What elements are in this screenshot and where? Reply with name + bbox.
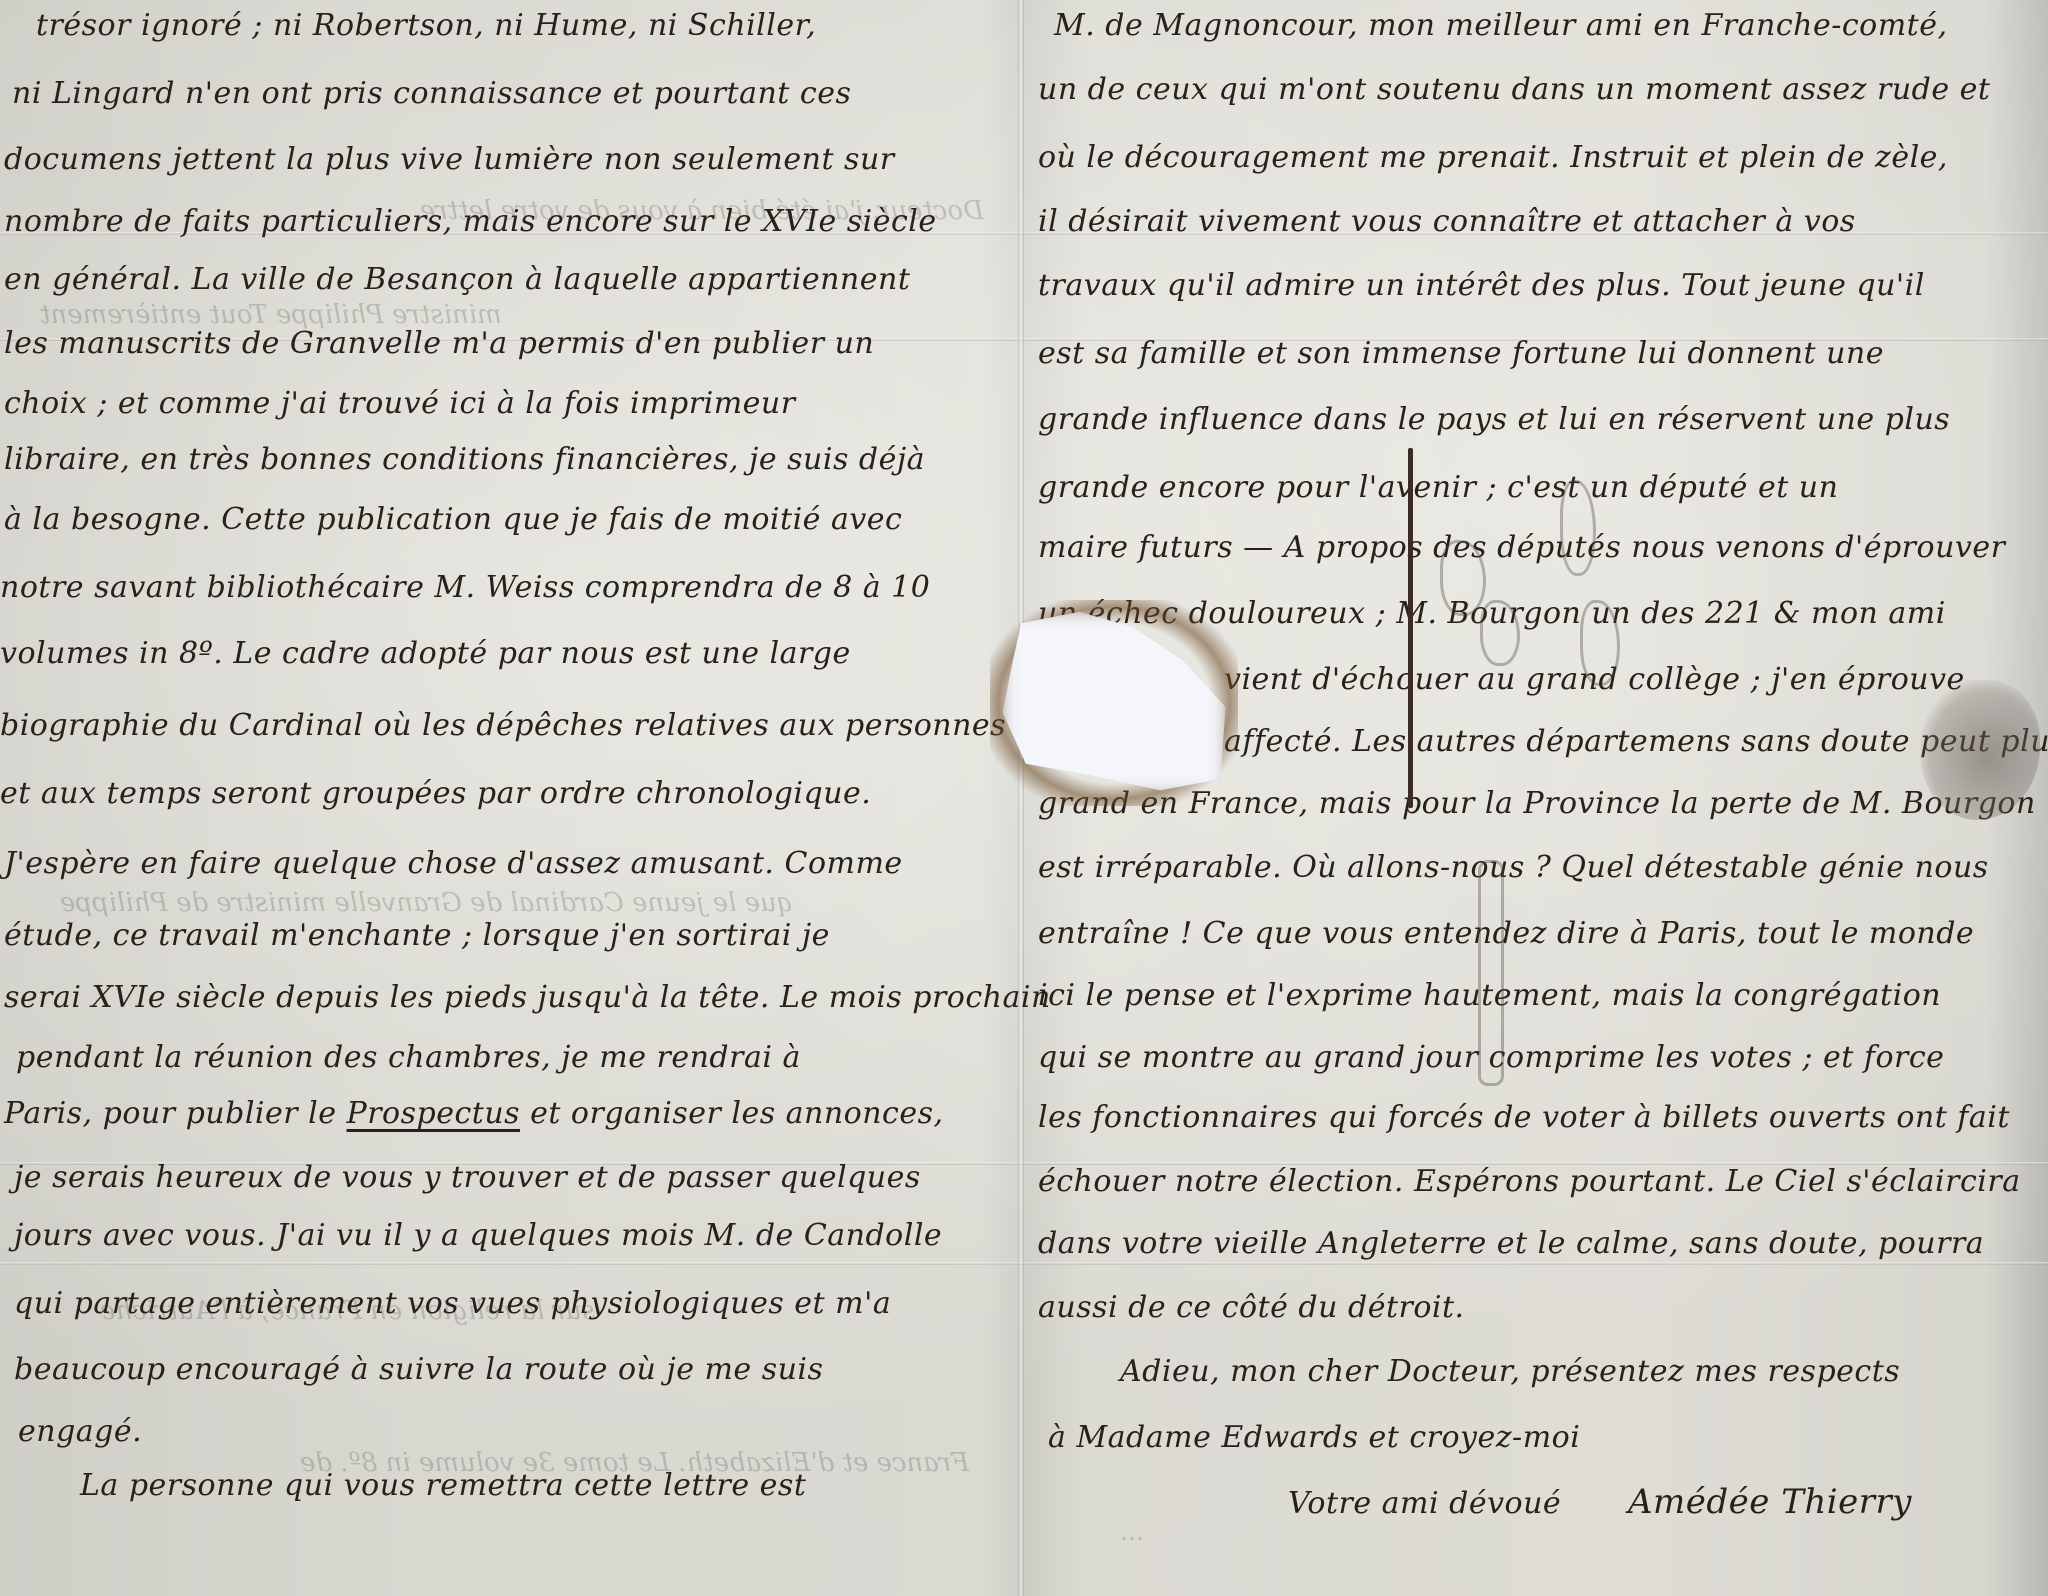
signature: Amédée Thierry — [1628, 1482, 1912, 1522]
text-segment: Paris, pour publier le — [4, 1096, 347, 1131]
letter-line: est sa famille et son immense fortune lu… — [1038, 336, 1884, 371]
letter-line: trésor ignoré ; ni Robertson, ni Hume, n… — [36, 8, 816, 43]
letter-line: entraîne ! Ce que vous entendez dire à P… — [1038, 916, 1974, 951]
letter-line: échouer notre élection. Espérons pourtan… — [1038, 1164, 2021, 1199]
letter-line: grande encore pour l'avenir ; c'est un d… — [1038, 470, 1838, 505]
faint-pencil-mark: … — [1120, 1518, 1144, 1546]
letter-line: les manuscrits de Granvelle m'a permis d… — [4, 326, 874, 361]
letter-line: M. de Magnoncour, mon meilleur ami en Fr… — [1054, 8, 1948, 43]
letter-line: dans votre vieille Angleterre et le calm… — [1038, 1226, 1984, 1261]
letter-line: engagé. — [18, 1414, 142, 1449]
letter-line: qui partage entièrement vos vues physiol… — [14, 1286, 891, 1321]
letter-line: où le découragement me prenait. Instruit… — [1038, 140, 1948, 175]
valediction: Votre ami dévoué — [1288, 1486, 1561, 1521]
closing-line: Adieu, mon cher Docteur, présentez mes r… — [1120, 1354, 1900, 1389]
letter-sheet: Docteur, j'ai été bien à vous de votre l… — [0, 0, 2048, 1596]
letter-line: étude, ce travail m'enchante ; lorsque j… — [4, 918, 830, 953]
letter-line: aussi de ce côté du détroit. — [1038, 1290, 1465, 1325]
letter-line: nombre de faits particuliers, mais encor… — [4, 204, 937, 239]
letter-line: La personne qui vous remettra cette lett… — [80, 1468, 806, 1503]
letter-line: volumes in 8º. Le cadre adopté par nous … — [0, 636, 851, 671]
letter-line: pendant la réunion des chambres, je me r… — [16, 1040, 801, 1075]
letter-line: libraire, en très bonnes conditions fina… — [4, 442, 925, 477]
letter-line: et aux temps seront groupées par ordre c… — [0, 776, 871, 811]
letter-line: en général. La ville de Besançon à laque… — [4, 262, 910, 297]
pencil-scribble — [1478, 860, 1504, 1086]
letter-line: serai XVIe siècle depuis les pieds jusqu… — [4, 980, 1051, 1015]
letter-line: Paris, pour publier le Prospectus et org… — [4, 1096, 944, 1131]
letter-line: il désirait vivement vous connaître et a… — [1038, 204, 1856, 239]
letter-line: documens jettent la plus vive lumière no… — [4, 142, 895, 177]
letter-line: à la besogne. Cette publication que je f… — [4, 502, 902, 537]
letter-line: maire futurs — A propos des députés nous… — [1038, 530, 2005, 565]
letter-line: beaucoup encouragé à suivre la route où … — [14, 1352, 823, 1387]
closing-line: à Madame Edwards et croyez-moi — [1048, 1420, 1580, 1455]
letter-line: travaux qu'il admire un intérêt des plus… — [1038, 268, 1925, 303]
letter-line: les fonctionnaires qui forcés de voter à… — [1038, 1100, 2010, 1135]
letter-line: jours avec vous. J'ai vu il y a quelques… — [14, 1218, 942, 1253]
letter-line: je serais heureux de vous y trouver et d… — [14, 1160, 921, 1195]
letter-line: grande influence dans le pays et lui en … — [1038, 402, 1950, 437]
letter-line: biographie du Cardinal où les dépêches r… — [0, 708, 1006, 743]
left-page: trésor ignoré ; ni Robertson, ni Hume, n… — [0, 0, 1018, 1596]
text-segment: et organiser les annonces, — [520, 1096, 944, 1131]
letter-line: J'espère en faire quelque chose d'assez … — [4, 846, 903, 881]
margin-rule — [1408, 448, 1413, 808]
letter-line: choix ; et comme j'ai trouvé ici à la fo… — [4, 386, 796, 421]
letter-line: ni Lingard n'en ont pris connaissance et… — [12, 76, 851, 111]
underlined-word: Prospectus — [347, 1096, 521, 1131]
letter-line: un de ceux qui m'ont soutenu dans un mom… — [1038, 72, 1990, 107]
letter-line: notre savant bibliothécaire M. Weiss com… — [0, 570, 930, 605]
letter-line: est irréparable. Où allons-nous ? Quel d… — [1038, 850, 1989, 885]
